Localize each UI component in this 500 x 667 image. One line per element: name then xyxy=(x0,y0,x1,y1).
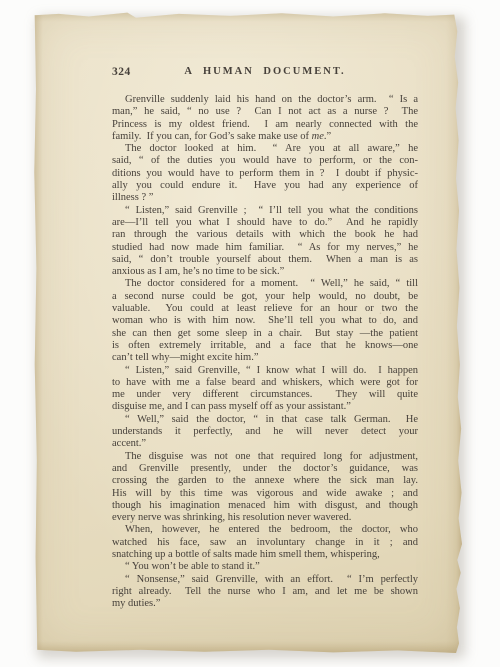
text-line: studied had now made him familiar. “ As … xyxy=(112,242,418,254)
text-line: accent.” xyxy=(112,438,418,450)
running-header: A HUMAN DOCUMENT. xyxy=(112,66,418,77)
text-line: is often extremely irritable, and a face… xyxy=(112,340,418,352)
text-line: said, “ of the duties you would have to … xyxy=(112,155,418,167)
text-column: 324 A HUMAN DOCUMENT. Grenville suddenly… xyxy=(112,66,418,610)
text-line: “ You won’t be able to stand it.” xyxy=(112,561,418,573)
text-line: a second nurse could be got, your help w… xyxy=(112,291,418,303)
text-line: illness ? ” xyxy=(112,192,418,204)
text-line: ally you could endure it. Have you had a… xyxy=(112,180,418,192)
text-line: His will by this time was vigorous and w… xyxy=(112,488,418,500)
paragraph: When, however, he entered the bedroom, t… xyxy=(112,524,418,561)
paragraph: The disguise was not one that required l… xyxy=(112,451,418,525)
text-line: watched his face, saw an involuntary cha… xyxy=(112,537,418,549)
text-line: “ Listen,” said Grenville ; “ I’ll tell … xyxy=(112,205,418,217)
page-number: 324 xyxy=(112,66,131,78)
paragraph: “ You won’t be able to stand it.” xyxy=(112,561,418,573)
text-line: When, however, he entered the bedroom, t… xyxy=(112,524,418,536)
text-line: right already. Tell the nurse who I am, … xyxy=(112,586,418,598)
text-line: anxious as I am, he’s no time to be sick… xyxy=(112,266,418,278)
text-line: The doctor looked at him. “ Are you at a… xyxy=(112,143,418,155)
text-line: my duties.” xyxy=(112,598,418,610)
text-line: though his imagination menaced him with … xyxy=(112,500,418,512)
text-line: every nerve was shrinking, his resolutio… xyxy=(112,512,418,524)
text-line: Grenville suddenly laid his hand on the … xyxy=(112,94,418,106)
text-line: “ Listen,” said Grenville, “ I know what… xyxy=(112,365,418,377)
text-line: “ Nonsense,” said Grenville, with an eff… xyxy=(112,574,418,586)
text-line: said, “ don’t trouble yourself about the… xyxy=(112,254,418,266)
text-line: “ Well,” said the doctor, “ in that case… xyxy=(112,414,418,426)
page-header: 324 A HUMAN DOCUMENT. xyxy=(112,66,418,79)
text-line: understands it perfectly, and he will ne… xyxy=(112,426,418,438)
text-line: ditions you would have to perform them i… xyxy=(112,168,418,180)
text-line: man,” he said, “ no use ? Can I not act … xyxy=(112,106,418,118)
text-line: are—I’ll tell you what I should have to … xyxy=(112,217,418,229)
paragraph: The doctor looked at him. “ Are you at a… xyxy=(112,143,418,204)
text-line: family. If you can, for God’s sake make … xyxy=(112,131,418,143)
paragraph: Grenville suddenly laid his hand on the … xyxy=(112,94,418,143)
text-line: Princess is my oldest friend. I am nearl… xyxy=(112,119,418,131)
text-line: and Grenville presently, under the docto… xyxy=(112,463,418,475)
text-line: disguise me, and I can pass myself off a… xyxy=(112,401,418,413)
text-line: crossing the garden to the annexe where … xyxy=(112,475,418,487)
text-line: to have with me a false beard and whiske… xyxy=(112,377,418,389)
text-line: me under very different circumstances. T… xyxy=(112,389,418,401)
text-line: The doctor considered for a moment. “ We… xyxy=(112,278,418,290)
book-page: 324 A HUMAN DOCUMENT. Grenville suddenly… xyxy=(33,12,462,653)
text-line: woman who is with him now. She’ll tell y… xyxy=(112,315,418,327)
paragraph: “ Listen,” said Grenville, “ I know what… xyxy=(112,365,418,414)
text-line: ran through the various details with whi… xyxy=(112,229,418,241)
paragraph: “ Listen,” said Grenville ; “ I’ll tell … xyxy=(112,205,418,279)
text-line: she can then get some sleep in a chair. … xyxy=(112,328,418,340)
scanned-page-container: 324 A HUMAN DOCUMENT. Grenville suddenly… xyxy=(33,12,462,653)
text-line: can’t tell why—might excite him.” xyxy=(112,352,418,364)
text-line: valuable. You could at least relieve for… xyxy=(112,303,418,315)
paragraph: “ Well,” said the doctor, “ in that case… xyxy=(112,414,418,451)
page-body: Grenville suddenly laid his hand on the … xyxy=(112,94,418,610)
paragraph: “ Nonsense,” said Grenville, with an eff… xyxy=(112,574,418,611)
text-line: The disguise was not one that required l… xyxy=(112,451,418,463)
text-line: snatching up a bottle of salts made him … xyxy=(112,549,418,561)
paragraph: The doctor considered for a moment. “ We… xyxy=(112,278,418,364)
